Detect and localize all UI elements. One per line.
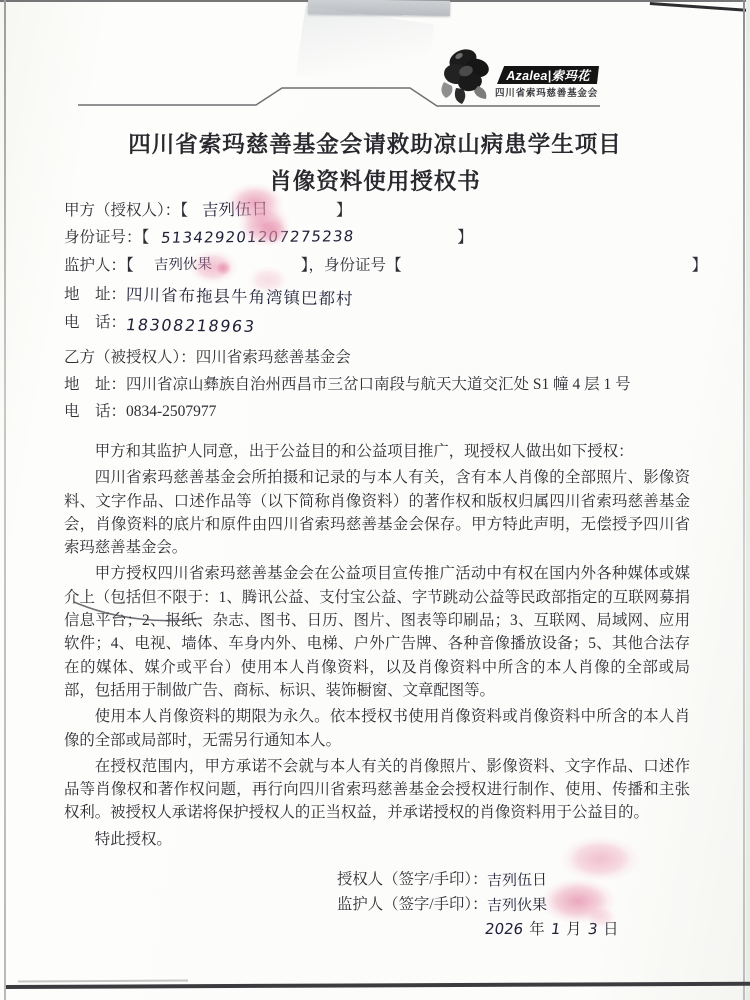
date-month-handwritten: 1 bbox=[549, 917, 562, 941]
doc-title-line1: 四川省索玛慈善基金会请救助凉山病患学生项目 bbox=[0, 126, 750, 163]
body-paragraph: 使用本人肖像资料的期限为永久。依本授权书使用肖像资料或肖像资料中所含的本人肖像的… bbox=[64, 705, 690, 752]
date-month-label: 月 bbox=[566, 918, 581, 942]
azalea-flower-icon bbox=[436, 44, 498, 106]
agreement-body: 甲方和其监护人同意，出于公益目的和公益项目推广，现授权人做出如下授权： 四川省索… bbox=[64, 440, 690, 854]
date-day-handwritten: 3 bbox=[586, 917, 599, 941]
scan-edge-bottom bbox=[6, 982, 750, 989]
body-paragraph: 在授权范围内，甲方承诺不会就与本人有关的肖像照片、影像资料、文字作品、口述作品等… bbox=[64, 755, 690, 825]
party-b-phone-row: 电 话：0834-2507977 bbox=[64, 398, 631, 425]
party-b-address-row: 地 址：四川省凉山彝族自治州西昌市三岔口南段与航天大道交汇处 S1 幢 4 层 … bbox=[64, 371, 631, 398]
bracket-open-icon: 【 bbox=[126, 257, 134, 274]
bracket-open-icon: 【 bbox=[386, 257, 402, 274]
authorizer-phone-handwritten: 18308218963 bbox=[124, 311, 258, 340]
logo-org-name: 四川省索玛慈善基金会 bbox=[495, 85, 607, 99]
guardian-label: 监护人： bbox=[64, 257, 126, 274]
bracket-close-icon: 】 bbox=[457, 229, 473, 246]
guardian-signature-row: 监护人（签字/手印）：吉列伙果 bbox=[337, 892, 625, 917]
authorizer-id-handwritten: 513429201207275238 bbox=[160, 223, 356, 252]
date-day-label: 日 bbox=[603, 918, 618, 942]
party-b-title-label: 乙方（被授权人）： bbox=[64, 349, 196, 366]
party-b-phone-label: 电 话： bbox=[64, 403, 126, 420]
authorizer-address-row: 地 址：四川省布拖县牛角湾镇巴都村 bbox=[64, 280, 707, 308]
date-year-handwritten: 2026 bbox=[483, 917, 525, 941]
party-b-title-row: 乙方（被授权人）：四川省索玛慈善基金会 bbox=[64, 344, 631, 371]
bracket-close-icon: 】 bbox=[336, 202, 352, 219]
scan-edge-bottom-soft bbox=[18, 980, 188, 983]
guardian-id-label: ，身份证号 bbox=[309, 257, 387, 274]
authorizer-address-handwritten: 四川省布拖县牛角湾镇巴都村 bbox=[126, 281, 354, 313]
guardian-row: 监护人：【吉列伙果】，身份证号【】 bbox=[64, 251, 707, 279]
body-paragraph: 特此授权。 bbox=[64, 828, 690, 851]
authorizer-phone-row: 电 话：18308218963 bbox=[64, 308, 707, 336]
bracket-close-icon: 】 bbox=[692, 257, 708, 274]
authorizer-id-label: 身份证号： bbox=[64, 229, 142, 246]
authorizer-signature-label: 授权人（签字/手印）： bbox=[337, 871, 487, 888]
authorizer-name-handwritten: 吉列伍日 bbox=[202, 195, 269, 224]
authorizer-name-row: 甲方（授权人）：【吉列伍日】 bbox=[64, 196, 707, 224]
authorizer-name-label: 甲方（授权人）： bbox=[64, 202, 180, 219]
authorizer-signature-row: 授权人（签字/手印）：吉列伍日 bbox=[337, 867, 625, 892]
signature-section: 授权人（签字/手印）：吉列伍日 监护人（签字/手印）：吉列伙果 2026年1月3… bbox=[337, 867, 625, 942]
party-b-address-label: 地 址： bbox=[64, 376, 126, 393]
bracket-open-icon: 【 bbox=[142, 229, 150, 246]
authorizer-phone-label: 电 话： bbox=[64, 314, 126, 331]
bracket-close-icon: 】 bbox=[301, 257, 309, 274]
party-b-title-value: 四川省索玛慈善基金会 bbox=[196, 349, 351, 366]
body-paragraph: 甲方和其监护人同意，出于公益目的和公益项目推广，现授权人做出如下授权： bbox=[64, 440, 690, 463]
guardian-signature-handwritten: 吉列伙果 bbox=[487, 892, 547, 917]
party-b-phone-value: 0834-2507977 bbox=[126, 403, 216, 420]
party-b-section: 乙方（被授权人）：四川省索玛慈善基金会 地 址：四川省凉山彝族自治州西昌市三岔口… bbox=[64, 344, 631, 426]
bracket-open-icon: 【 bbox=[180, 202, 188, 219]
guardian-signature-label: 监护人（签字/手印）： bbox=[337, 896, 487, 913]
logo-brand-text: Azalea|索玛花 bbox=[506, 66, 590, 84]
body-paragraph: 甲方授权四川省索玛慈善基金会在公益项目宣传推广活动中有权在国内外各种媒体或媒介上… bbox=[64, 562, 690, 702]
guardian-name-handwritten: 吉列伙果 bbox=[154, 252, 212, 280]
doc-title-line2: 肖像资料使用授权书 bbox=[0, 163, 750, 200]
party-b-address-value: 四川省凉山彝族自治州西昌市三岔口南段与航天大道交汇处 S1 幢 4 层 1 号 bbox=[126, 376, 631, 393]
scanned-authorization-document: Azalea|索玛花 四川省索玛慈善基金会 四川省索玛慈善基金会请救助凉山病患学… bbox=[0, 0, 750, 1000]
signature-date-row: 2026年1月3日 bbox=[485, 917, 625, 942]
authorizer-signature-handwritten: 吉列伍日 bbox=[487, 867, 547, 892]
date-year-label: 年 bbox=[529, 918, 544, 942]
scan-edge-top-right bbox=[650, 2, 750, 12]
document-title: 四川省索玛慈善基金会请救助凉山病患学生项目 肖像资料使用授权书 bbox=[0, 126, 750, 200]
party-a-section: 甲方（授权人）：【吉列伍日】 身份证号：【513429201207275238】… bbox=[64, 196, 707, 336]
logo-banner: Azalea|索玛花 bbox=[497, 66, 599, 84]
stray-pen-mark bbox=[66, 596, 211, 628]
body-paragraph: 四川省索玛慈善基金会所拍摄和记录的与本人有关，含有本人肖像的全部照片、影像资料、… bbox=[64, 466, 690, 559]
authorizer-address-label: 地 址： bbox=[64, 286, 126, 303]
authorizer-id-row: 身份证号：【513429201207275238】 bbox=[64, 224, 707, 251]
